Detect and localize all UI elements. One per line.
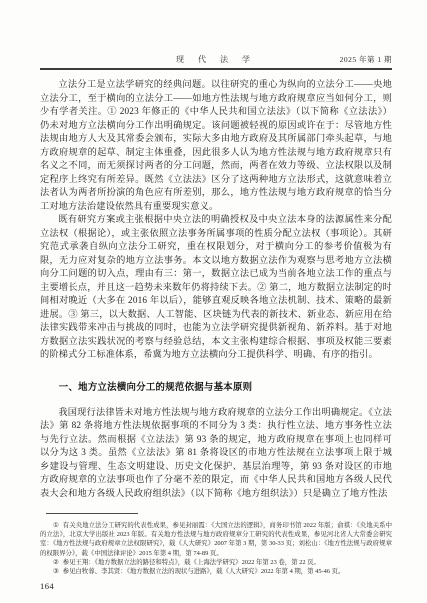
footnote-3: ③参见白牧蓉、李其贤：《地方数据立法的现状与进路》，载《人大研究》2022 年第… [40, 567, 392, 576]
footnote-2-marker: ② [53, 559, 59, 566]
section-heading: 一、地方立法横向分工的规范依据与基本原则 [40, 379, 392, 393]
section-paragraph-1: 我国现行法律皆未对地方性法规与地方政府规章的立法分工作出明确规定。《立法法》第 … [40, 406, 392, 501]
issue-label: 2025 年第 1 期 [340, 54, 392, 65]
footnote-3-text: 参见白牧蓉、李其贤：《地方数据立法的现状与进路》，载《人大研究》2022 年第 … [63, 568, 345, 575]
header-rule [40, 68, 392, 70]
footnote-area: ①有关央地立法分工研究的代表性成果，参见封丽霞：《大国立法的逻辑》，商务印书馆 … [40, 513, 392, 591]
footnote-1: ①有关央地立法分工研究的代表性成果，参见封丽霞：《大国立法的逻辑》，商务印书馆 … [40, 521, 392, 558]
footnote-1-marker: ① [53, 522, 59, 529]
footnote-separator-rule [46, 513, 138, 514]
footnote-3-marker: ③ [53, 568, 59, 575]
page-header: 现 代 法 学 2025 年第 1 期 [40, 54, 392, 65]
footnote-2-text: 参见王翔：《地方数据立法的路径和特点》，载《上海法学研究》2022 年第 23 … [63, 559, 320, 566]
body-paragraph-1: 立法分工是立法学研究的经典问题。以往研究的重心为纵向的立法分工——央地立法分工，… [40, 78, 392, 213]
article-body: 立法分工是立法学研究的经典问题。以往研究的重心为纵向的立法分工——央地立法分工，… [40, 78, 392, 500]
page-number: 164 [40, 581, 392, 591]
footnote-1-text: 有关央地立法分工研究的代表性成果，参见封丽霞：《大国立法的逻辑》，商务印书馆 2… [40, 522, 392, 557]
journal-page: 现 代 法 学 2025 年第 1 期 立法分工是立法学研究的经典问题。以往研究… [0, 0, 427, 603]
footnote-2: ②参见王翔：《地方数据立法的路径和特点》，载《上海法学研究》2022 年第 23… [40, 558, 392, 567]
body-paragraph-2: 既有研究方案或主张根据中央立法的明确授权及中央立法本身的法源属性来分配立法权（根… [40, 213, 392, 362]
